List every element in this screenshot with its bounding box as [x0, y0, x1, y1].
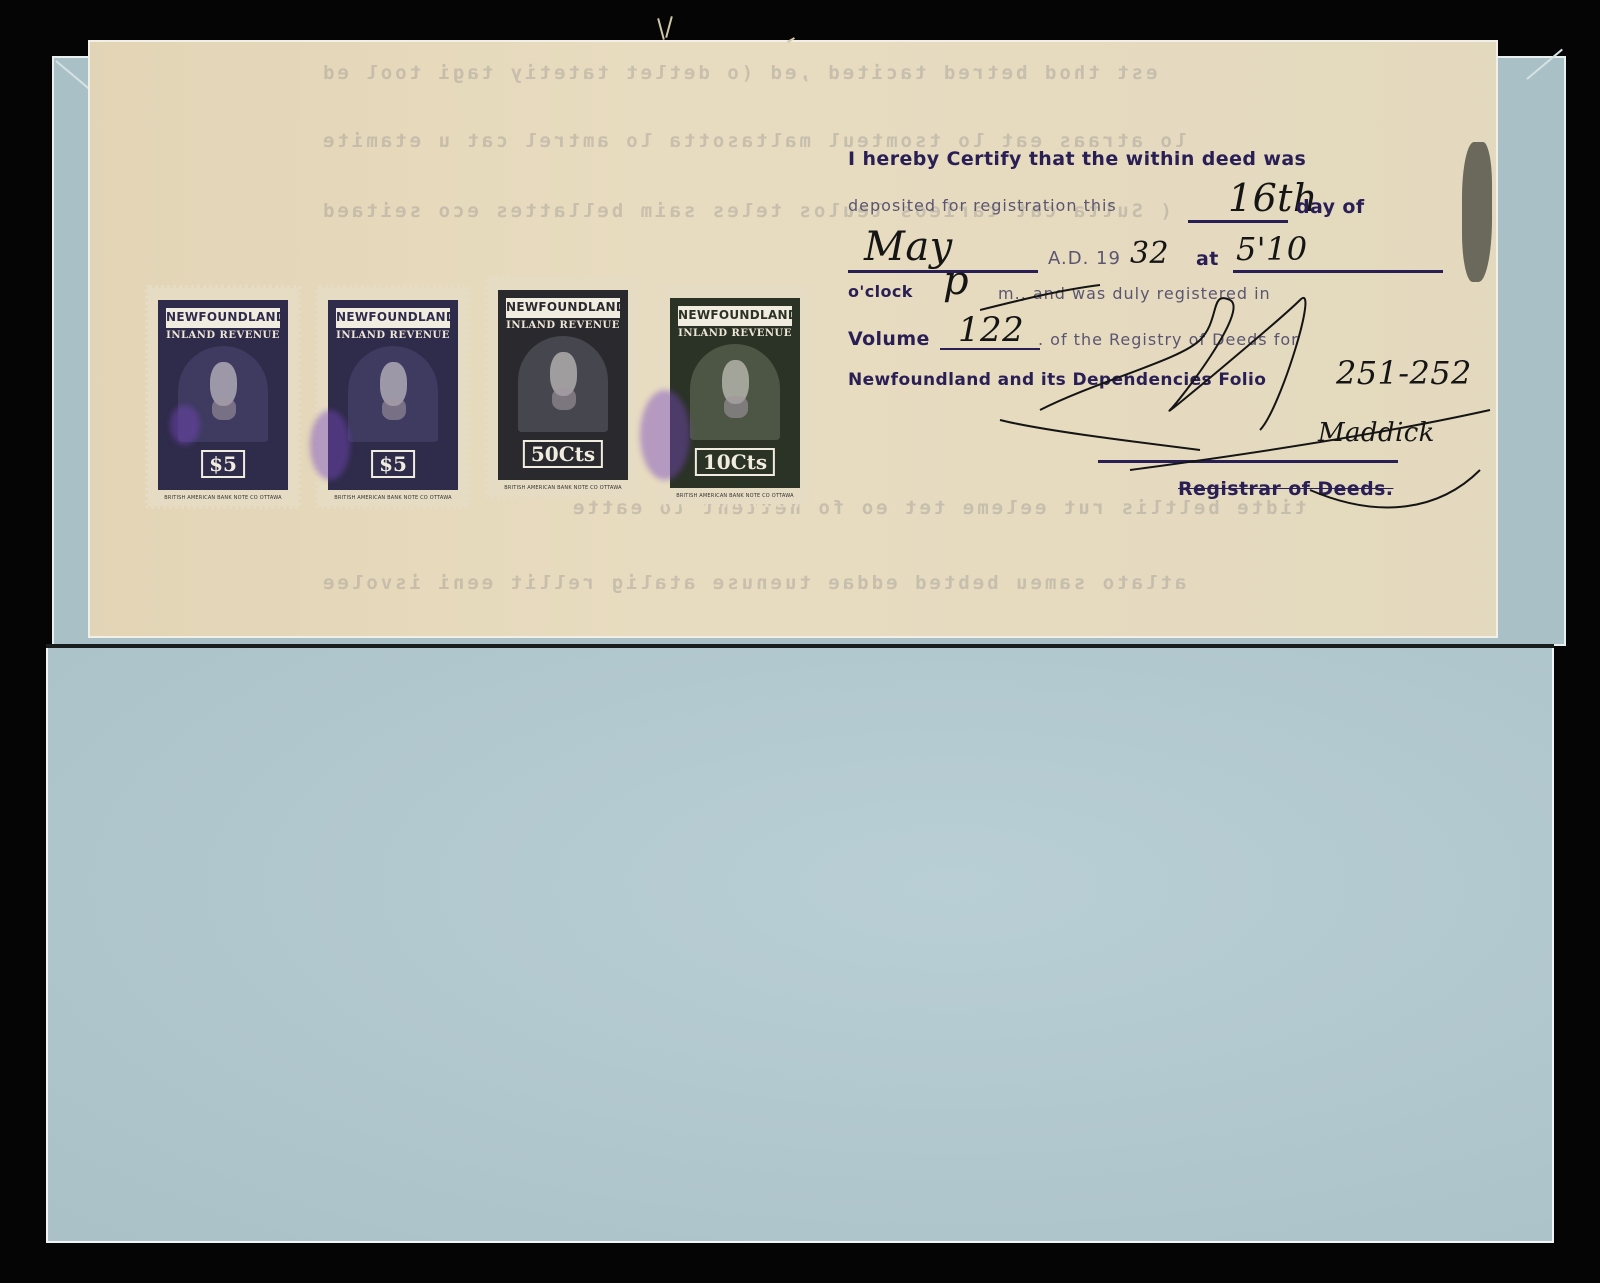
cert-oclock-label: o'clock	[848, 282, 913, 301]
stamp-printer: BRITISH AMERICAN BANK NOTE CO OTTAWA	[500, 485, 626, 491]
cert-line-1: I hereby Certify that the within deed wa…	[848, 148, 1306, 170]
stamp-country: NEWFOUNDLAND	[164, 306, 282, 330]
stamp-subtitle: INLAND REVENUE	[500, 320, 626, 331]
envelope-fold-line	[46, 644, 1554, 648]
king-portrait-icon	[690, 344, 780, 440]
cert-year-handwritten: 32	[1130, 236, 1169, 271]
cert-time-handwritten: 5'10	[1236, 230, 1307, 268]
revenue-stamp-10-cents: NEWFOUNDLAND INLAND REVENUE 10Cts BRITIS…	[660, 286, 810, 504]
bleed-through-text: est thod betred tacited ,ed (o detlet ta…	[320, 62, 1157, 84]
cancellation-mark	[310, 410, 350, 480]
stamp-value: 50Cts	[523, 440, 603, 468]
revenue-stamp-50-cents: NEWFOUNDLAND INLAND REVENUE 50Cts BRITIS…	[488, 278, 638, 496]
stamp-value: 10Cts	[695, 448, 775, 476]
binding-thread	[665, 16, 673, 38]
cert-month-handwritten: May	[864, 224, 953, 270]
cert-meridiem-handwritten: p	[943, 258, 969, 304]
cert-at-label: at	[1196, 248, 1219, 270]
cert-volume-label: Volume	[848, 328, 930, 350]
stamp-value: $5	[371, 450, 415, 478]
stamp-printer: BRITISH AMERICAN BANK NOTE CO OTTAWA	[160, 495, 286, 501]
king-portrait-icon	[518, 336, 608, 432]
stamp-country: NEWFOUNDLAND	[334, 306, 452, 330]
paper-stain	[1462, 142, 1492, 282]
signature-flourish	[980, 280, 1500, 540]
bleed-through-text: atlato sameu bebted eddae tuenuse atalig…	[320, 572, 1186, 594]
cert-line-2-prefix: deposited for registration this	[848, 196, 1117, 215]
cert-line-2-suffix: day of	[1296, 196, 1365, 218]
envelope-front-panel	[46, 646, 1554, 1243]
stamp-subtitle: INLAND REVENUE	[160, 330, 286, 341]
stamp-country: NEWFOUNDLAND	[676, 304, 794, 328]
binding-thread	[657, 18, 665, 40]
stamp-printer: BRITISH AMERICAN BANK NOTE CO OTTAWA	[672, 493, 798, 499]
stamp-subtitle: INLAND REVENUE	[672, 328, 798, 339]
cancellation-mark	[170, 405, 200, 445]
revenue-stamp-5-dollar: NEWFOUNDLAND INLAND REVENUE $5 BRITISH A…	[148, 288, 298, 506]
cert-year-label: A.D. 19	[1048, 248, 1121, 269]
stamp-subtitle: INLAND REVENUE	[330, 330, 456, 341]
stamp-value: $5	[201, 450, 245, 478]
stamp-printer: BRITISH AMERICAN BANK NOTE CO OTTAWA	[330, 495, 456, 501]
stamp-country: NEWFOUNDLAND	[504, 296, 622, 320]
king-portrait-icon	[348, 346, 438, 442]
cancellation-mark	[640, 390, 690, 480]
